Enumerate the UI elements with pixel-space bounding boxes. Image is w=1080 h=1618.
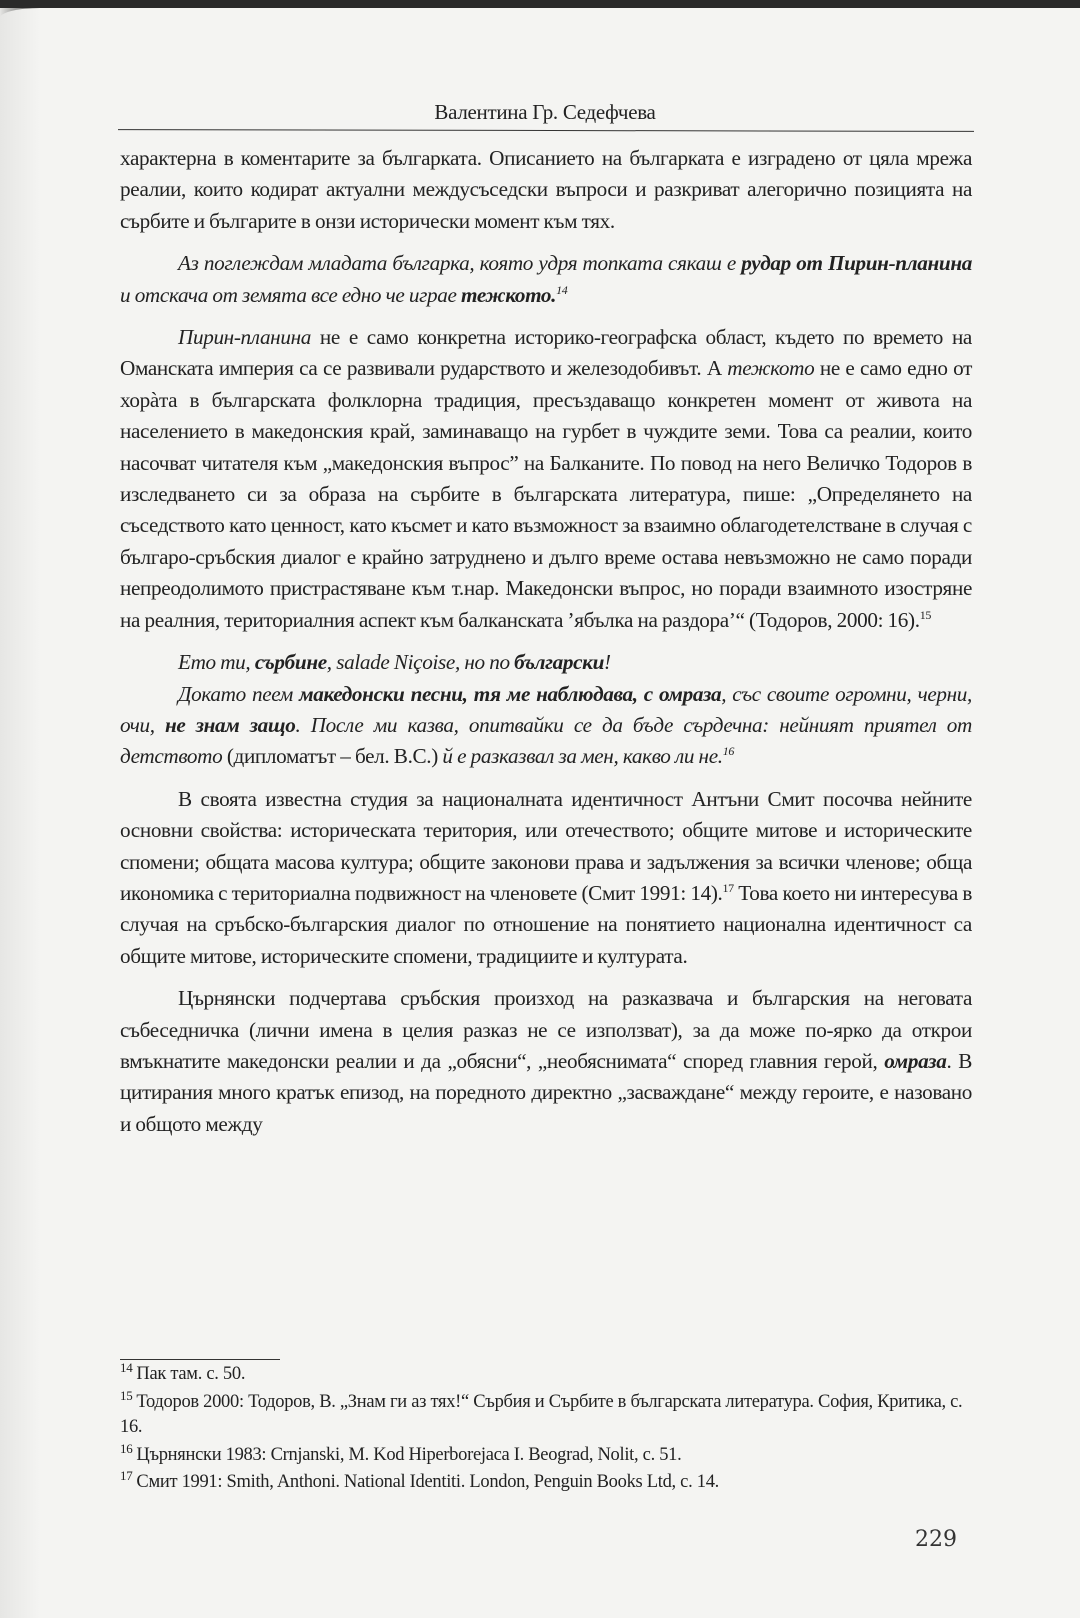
footnote-ref-17: 17 [723, 881, 734, 895]
paragraph-3: В своята известна студия за националната… [120, 784, 972, 972]
footnote-14: 14Пак там. с. 50. [120, 1362, 972, 1388]
footnote-ref-14: 14 [556, 283, 567, 297]
bold-phrase: тежкото. [461, 283, 556, 307]
paragraph-4: Църнянски подчертава сръбския произход н… [120, 983, 972, 1140]
bold-phrase: македонски песни, тя ме наблюдава, с омр… [299, 682, 721, 706]
footnotes: 14Пак там. с. 50. 15Тодоров 2000: Тодоро… [120, 1362, 972, 1498]
footnote-16: 16Църнянски 1983: Crnjanski, M. Kod Hipe… [120, 1443, 972, 1469]
running-header: Валентина Гр. Седефчева [118, 100, 972, 125]
page-number: 229 [915, 1527, 957, 1552]
page-gutter-shadow [0, 8, 40, 1618]
footnote-15: 15Тодоров 2000: Тодоров, В. „Знам ги аз … [120, 1390, 972, 1441]
quote-2: Ето ти, сърбине, salade Niçoise, но по б… [120, 647, 972, 678]
quote-1: Аз поглеждам младата българка, която удр… [120, 248, 972, 311]
body-text: характерна в коментарите за българката. … [120, 143, 972, 1140]
bold-phrase: рудар от Пирин-планина [741, 251, 972, 275]
footnote-17: 17Смит 1991: Smith, Anthoni. National Id… [120, 1470, 972, 1496]
footnote-ref-16: 16 [723, 744, 734, 758]
editor-note: (дипломатът – бел. В.С.) [227, 744, 438, 768]
bold-phrase: български [514, 650, 604, 674]
paragraph-1: характерна в коментарите за българката. … [120, 143, 972, 237]
paragraph-2: Пирин-планина не е само конкретна истори… [120, 322, 972, 636]
footnote-separator [120, 1359, 280, 1360]
quote-3: Докато пеем македонски песни, тя ме набл… [120, 679, 972, 773]
bold-phrase: не знам защо [165, 713, 296, 737]
footnote-ref-15: 15 [920, 608, 931, 622]
bold-phrase: сърбине [255, 650, 327, 674]
bold-italic-phrase: омраза [884, 1049, 946, 1073]
